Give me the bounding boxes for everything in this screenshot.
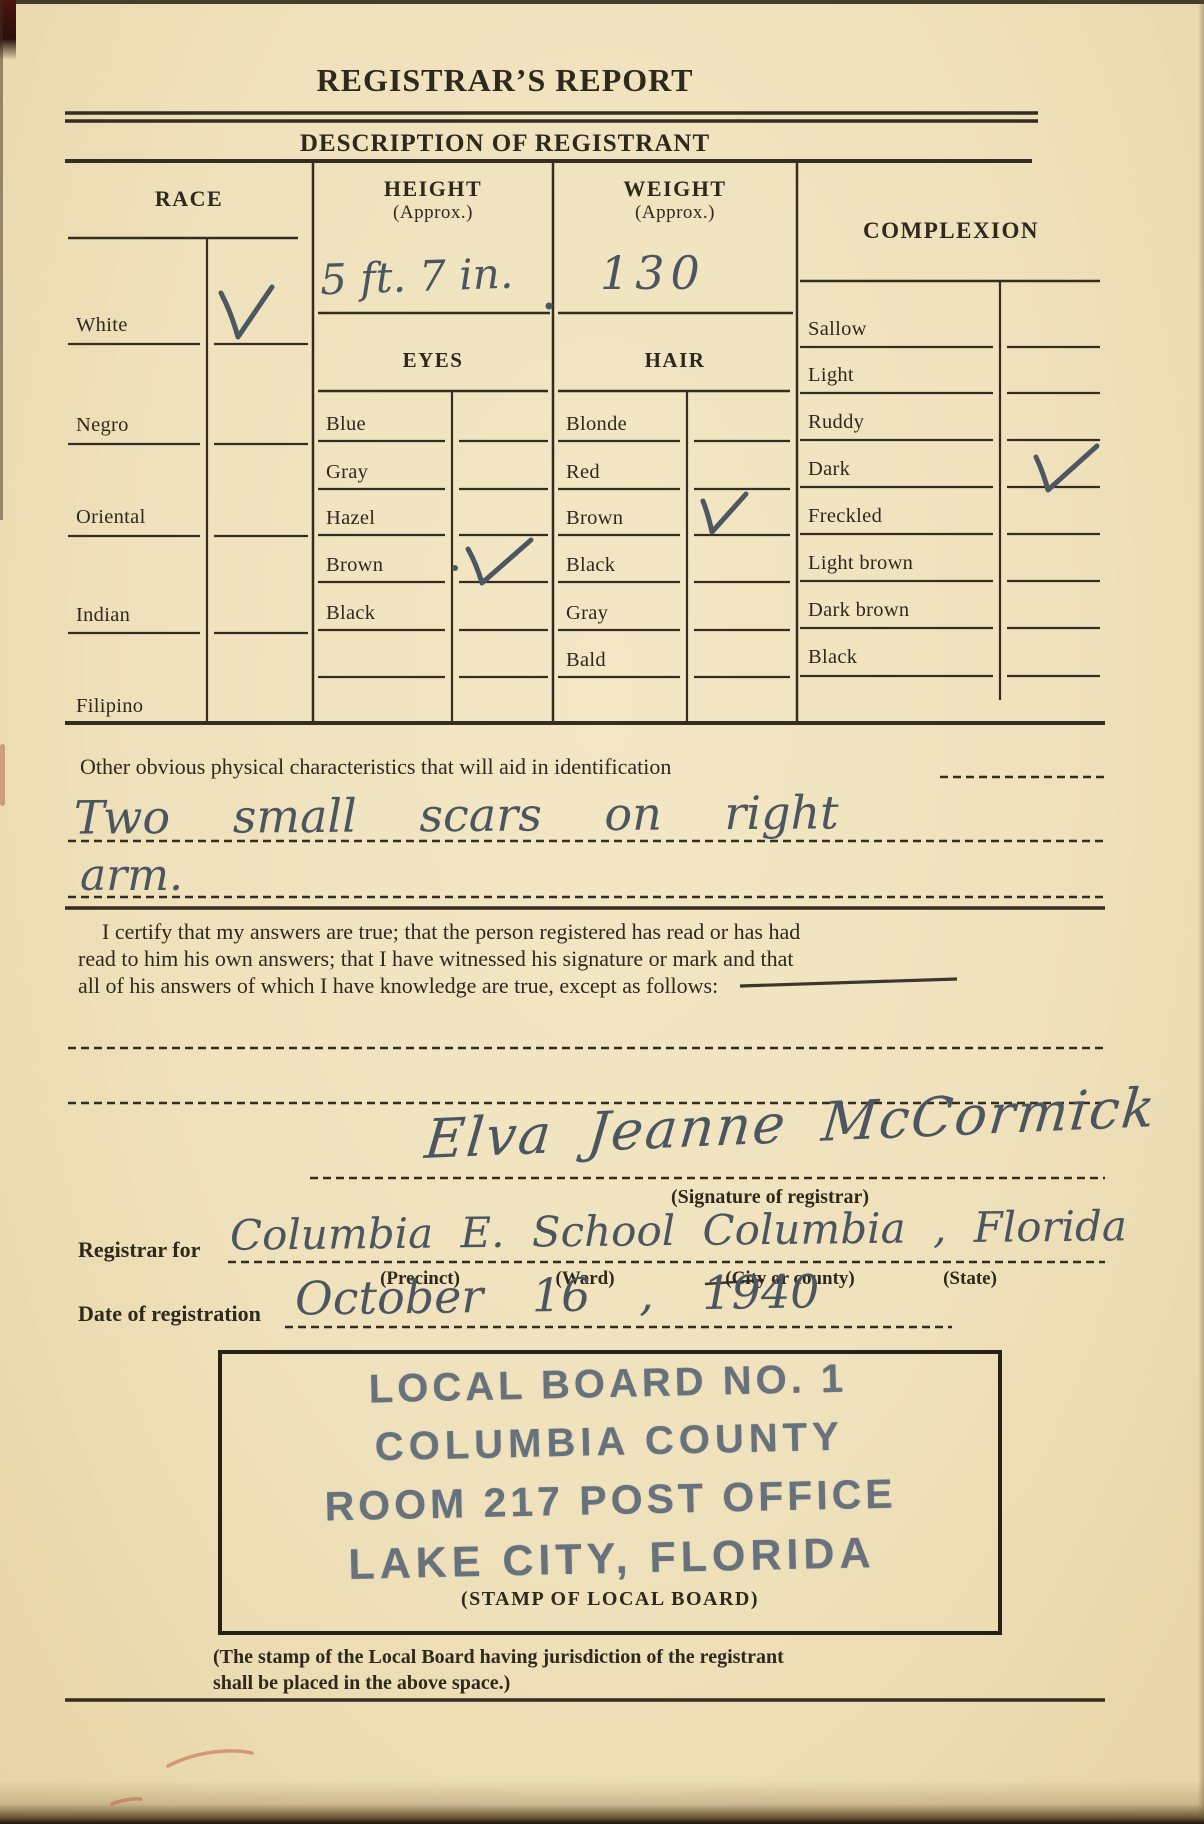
stamp-line-board-no: LOCAL BOARD NO. 1 xyxy=(228,1353,989,1415)
complexion-option-light-brown: Light brown xyxy=(808,552,913,575)
complexion-column-header: COMPLEXION xyxy=(797,218,1105,244)
weight-value-handwritten: 130 xyxy=(600,246,706,300)
hair-option-gray: Gray xyxy=(566,602,608,625)
eyes-brown-check-icon xyxy=(468,540,531,583)
stamp-footnote-line1: (The stamp of the Local Board having jur… xyxy=(213,1646,784,1669)
race-column-header: RACE xyxy=(65,186,313,212)
complexion-option-dark-brown: Dark brown xyxy=(808,599,910,622)
complexion-option-black: Black xyxy=(808,646,857,669)
eyes-option-brown: Brown xyxy=(326,554,383,577)
complexion-option-freckled: Freckled xyxy=(808,505,882,528)
registrar-signature-handwritten: Elva Jeanne McCormick xyxy=(422,1076,1159,1171)
scan-artifact-bottom-edge xyxy=(0,1780,1204,1824)
page-title: REGISTRAR’S REPORT xyxy=(65,62,945,99)
hair-option-red: Red xyxy=(566,461,600,484)
pencil-period-mark xyxy=(546,303,553,310)
certification-struck-clause: except as follows: xyxy=(559,973,718,998)
date-of-registration-handwritten: October 16 , 1940 xyxy=(295,1264,820,1325)
complexion-option-dark: Dark xyxy=(808,458,850,481)
date-of-registration-label: Date of registration xyxy=(78,1301,261,1327)
characteristics-handwritten-line2: arm. xyxy=(80,850,183,901)
race-option-filipino: Filipino xyxy=(76,695,143,718)
height-approx-label: (Approx.) xyxy=(313,202,553,224)
scan-artifact-red-streak xyxy=(0,744,5,806)
characteristics-handwritten-line1: Two small scars on right xyxy=(74,785,839,844)
race-white-check-icon xyxy=(221,287,272,337)
eyes-option-hazel: Hazel xyxy=(326,507,375,530)
certification-line1: I certify that my answers are true; that… xyxy=(78,918,1093,945)
height-value-handwritten: 5 ft. 7 in. xyxy=(319,249,514,305)
complexion-option-light: Light xyxy=(808,364,854,387)
stamp-line-county: COLUMBIA COUNTY xyxy=(229,1411,990,1473)
hair-column-header: HAIR xyxy=(553,348,797,373)
certification-line2: read to him his own answers; that I have… xyxy=(78,945,1093,972)
eyes-option-black: Black xyxy=(326,602,375,625)
height-column-header: HEIGHT xyxy=(313,176,553,202)
stamp-box-caption: (STAMP OF LOCAL BOARD) xyxy=(220,1588,1000,1611)
scan-artifact-right-edge xyxy=(1198,0,1204,1824)
complexion-option-sallow: Sallow xyxy=(808,318,867,341)
race-option-indian: Indian xyxy=(76,604,130,627)
scan-artifact-left-edge xyxy=(0,0,3,520)
eyes-option-gray: Gray xyxy=(326,461,368,484)
stamp-line-city-state: LAKE CITY, FLORIDA xyxy=(232,1526,993,1592)
registrar-report-card: REGISTRAR’S REPORT DESCRIPTION OF REGIST… xyxy=(0,0,1204,1824)
eyes-column-header: EYES xyxy=(313,348,553,373)
eyes-option-blue: Blue xyxy=(326,413,366,436)
stamp-footnote-line2: shall be placed in the above space.) xyxy=(213,1672,510,1695)
registrar-for-handwritten: Columbia E. School Columbia , Florida xyxy=(230,1201,1127,1259)
hair-option-brown: Brown xyxy=(566,507,623,530)
weight-column-header: WEIGHT xyxy=(553,176,797,202)
race-option-negro: Negro xyxy=(76,414,129,437)
weight-approx-label: (Approx.) xyxy=(553,202,797,224)
hair-brown-check-icon xyxy=(703,494,746,532)
local-board-stamp: LOCAL BOARD NO. 1 COLUMBIA COUNTY ROOM 2… xyxy=(228,1353,993,1592)
registrar-for-label: Registrar for xyxy=(78,1237,200,1263)
complexion-option-ruddy: Ruddy xyxy=(808,411,864,434)
hair-option-blonde: Blonde xyxy=(566,413,627,436)
hair-option-bald: Bald xyxy=(566,649,606,672)
characteristics-label: Other obvious physical characteristics t… xyxy=(80,754,671,780)
stamp-line-address: ROOM 217 POST OFFICE xyxy=(230,1468,991,1532)
scan-artifact-top-edge xyxy=(0,0,1204,4)
state-caption: (State) xyxy=(905,1268,1035,1290)
hair-option-black: Black xyxy=(566,554,615,577)
pencil-dot-mark xyxy=(452,565,458,571)
complexion-dark-check-icon xyxy=(1036,446,1097,490)
section-title: DESCRIPTION OF REGISTRANT xyxy=(65,130,945,158)
race-option-white: White xyxy=(76,314,128,337)
certification-line3: all of his answers of which I have knowl… xyxy=(78,973,559,998)
race-option-oriental: Oriental xyxy=(76,506,146,529)
